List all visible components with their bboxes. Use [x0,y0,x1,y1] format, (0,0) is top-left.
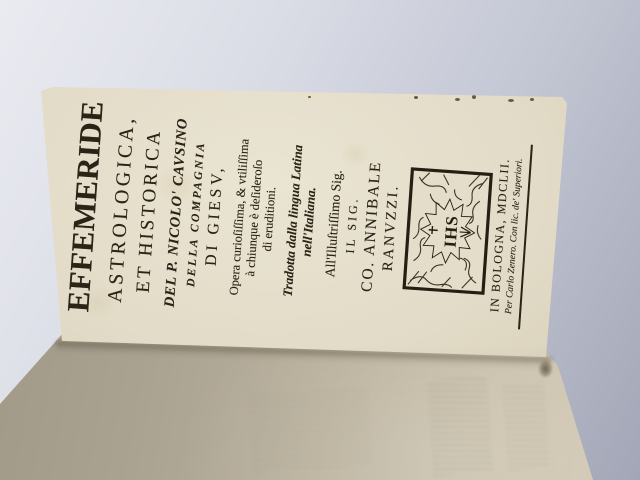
page-corner-shadow [539,361,552,377]
foxing-speck [530,98,534,101]
photo-of-open-antique-book: EFFEMERIDE ASTROLOGICA, ET HISTORICA DEL… [0,0,640,480]
foxing-speck [508,99,514,102]
foxing-speck [414,96,418,99]
printer-device-woodcut: IHS [401,167,493,297]
showthrough-text-ghost [502,381,550,472]
showthrough-text-ghost [248,387,372,473]
showthrough-text-ghost [427,376,494,476]
printed-title-block: EFFEMERIDE ASTROLOGICA, ET HISTORICA DEL… [43,77,565,367]
foxing-speck [472,95,476,99]
ihs-monogram: IHS [441,215,462,249]
foxing-speck [455,98,460,101]
